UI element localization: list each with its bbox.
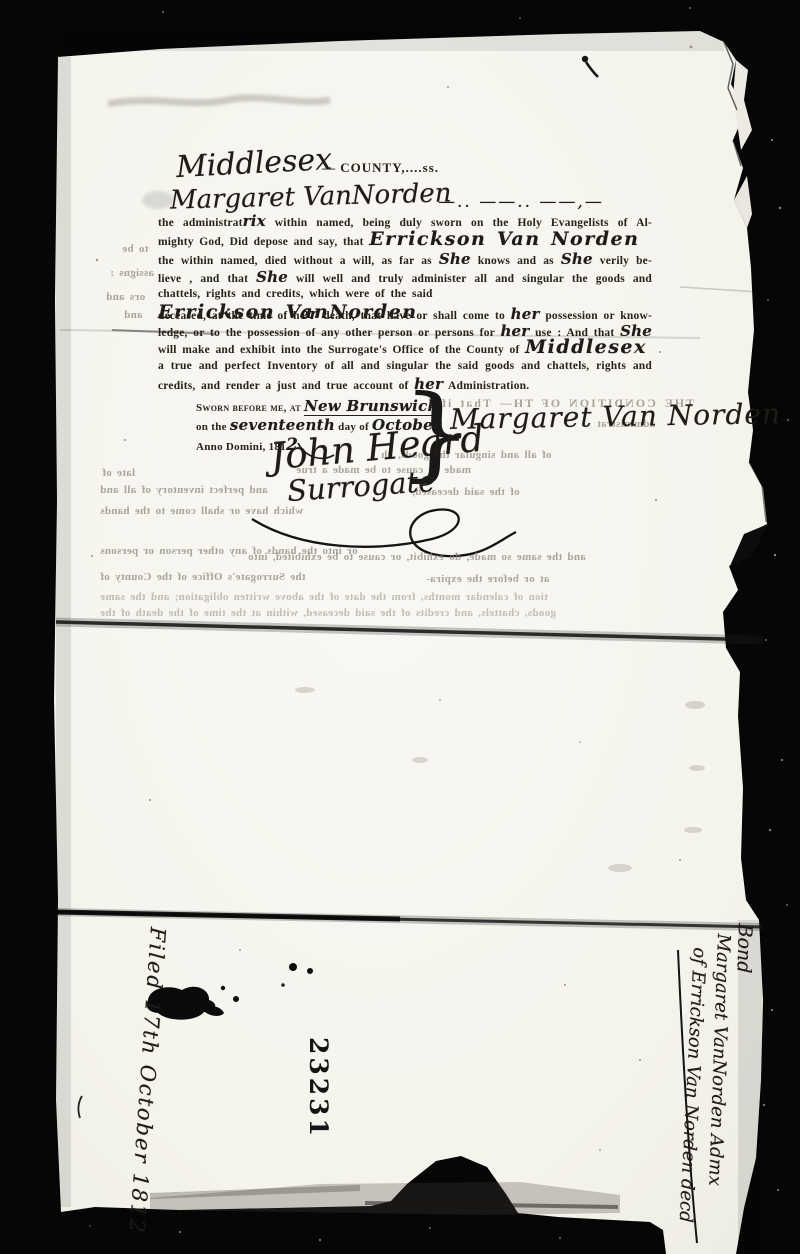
bleedthrough-fragment: the Surrogate's Office of the County of [100,571,306,583]
handwritten-insert: her [511,305,540,323]
county-label: — COUNTY,....ss. [322,160,439,176]
handwritten-insert: She [256,268,288,286]
bleedthrough-fragment: goods, chattels, and credits of the said… [100,607,556,619]
bleedthrough-fragment: and perfect inventory of all and [100,484,268,496]
bleedthrough-fragment: assigns : [110,267,154,279]
handwritten-insert: She [561,250,593,268]
handwritten-insert: She [439,250,471,268]
oath-body-line: mighty God, Did depose and say, that Err… [158,230,652,251]
bleedthrough-fragment: ors and [106,291,145,303]
bleedthrough-fragment: which have or shall come to the hands [100,505,303,517]
printed-text: mighty God, Did depose and say, that [158,236,369,248]
oath-body-line: will make and exhibit into the Surrogate… [158,338,652,359]
printed-text: verily be- [593,255,652,267]
county-handwritten-insert: Middlesex [525,336,647,358]
printed-text: on the [196,421,230,433]
bleedthrough-fragment: at or before the expira- [426,573,550,585]
bleedthrough-fragment: and the same so made, do exhibit, or cau… [248,551,586,563]
printed-text: credits, and render a just and true acco… [158,380,414,392]
handwritten-insert: er [300,305,318,323]
decedent-name-handwritten: Errickson Van Norden [369,228,639,250]
bleedthrough-fragment: tion of calendar months, from the date o… [100,591,548,603]
docket-title: Bond [732,923,756,974]
printed-text: chattels, rights and credits, which were… [158,288,433,300]
stamp-number: 23231 [304,1037,333,1139]
oath-body-line: the within named, died without a will, a… [158,250,652,270]
printed-text: will make and exhibit into the Surrogate… [158,344,525,356]
printed-text: death, that have or shall come to [318,310,511,322]
printed-text: possession or know- [540,310,652,322]
handwritten-insert: rix [243,212,266,230]
printed-text: a true and perfect Inventory of all and … [158,360,652,372]
printed-text: knows and as [471,255,561,267]
bleedthrough-fragment: late of [102,467,135,479]
scanned-document: to be assigns : ors and and THE CONDITIO… [0,0,800,1254]
name-trailing-dashes: —.. ——.. ——,— [438,192,604,212]
printed-text: will well and truly administer all and s… [288,273,652,285]
printed-text: the administrat [158,217,243,229]
printed-text: deceased, at the time of h [158,310,300,322]
bleedthrough-fragment: to be [122,243,148,255]
bleedthrough-fragment: and [124,309,143,321]
printed-text: Sworn before me, at [196,402,304,414]
printed-text: the within named, died without a will, a… [158,255,439,267]
deponent-signature: Margaret Van Norden [450,397,782,436]
printed-text: lieve , and that [158,273,256,285]
